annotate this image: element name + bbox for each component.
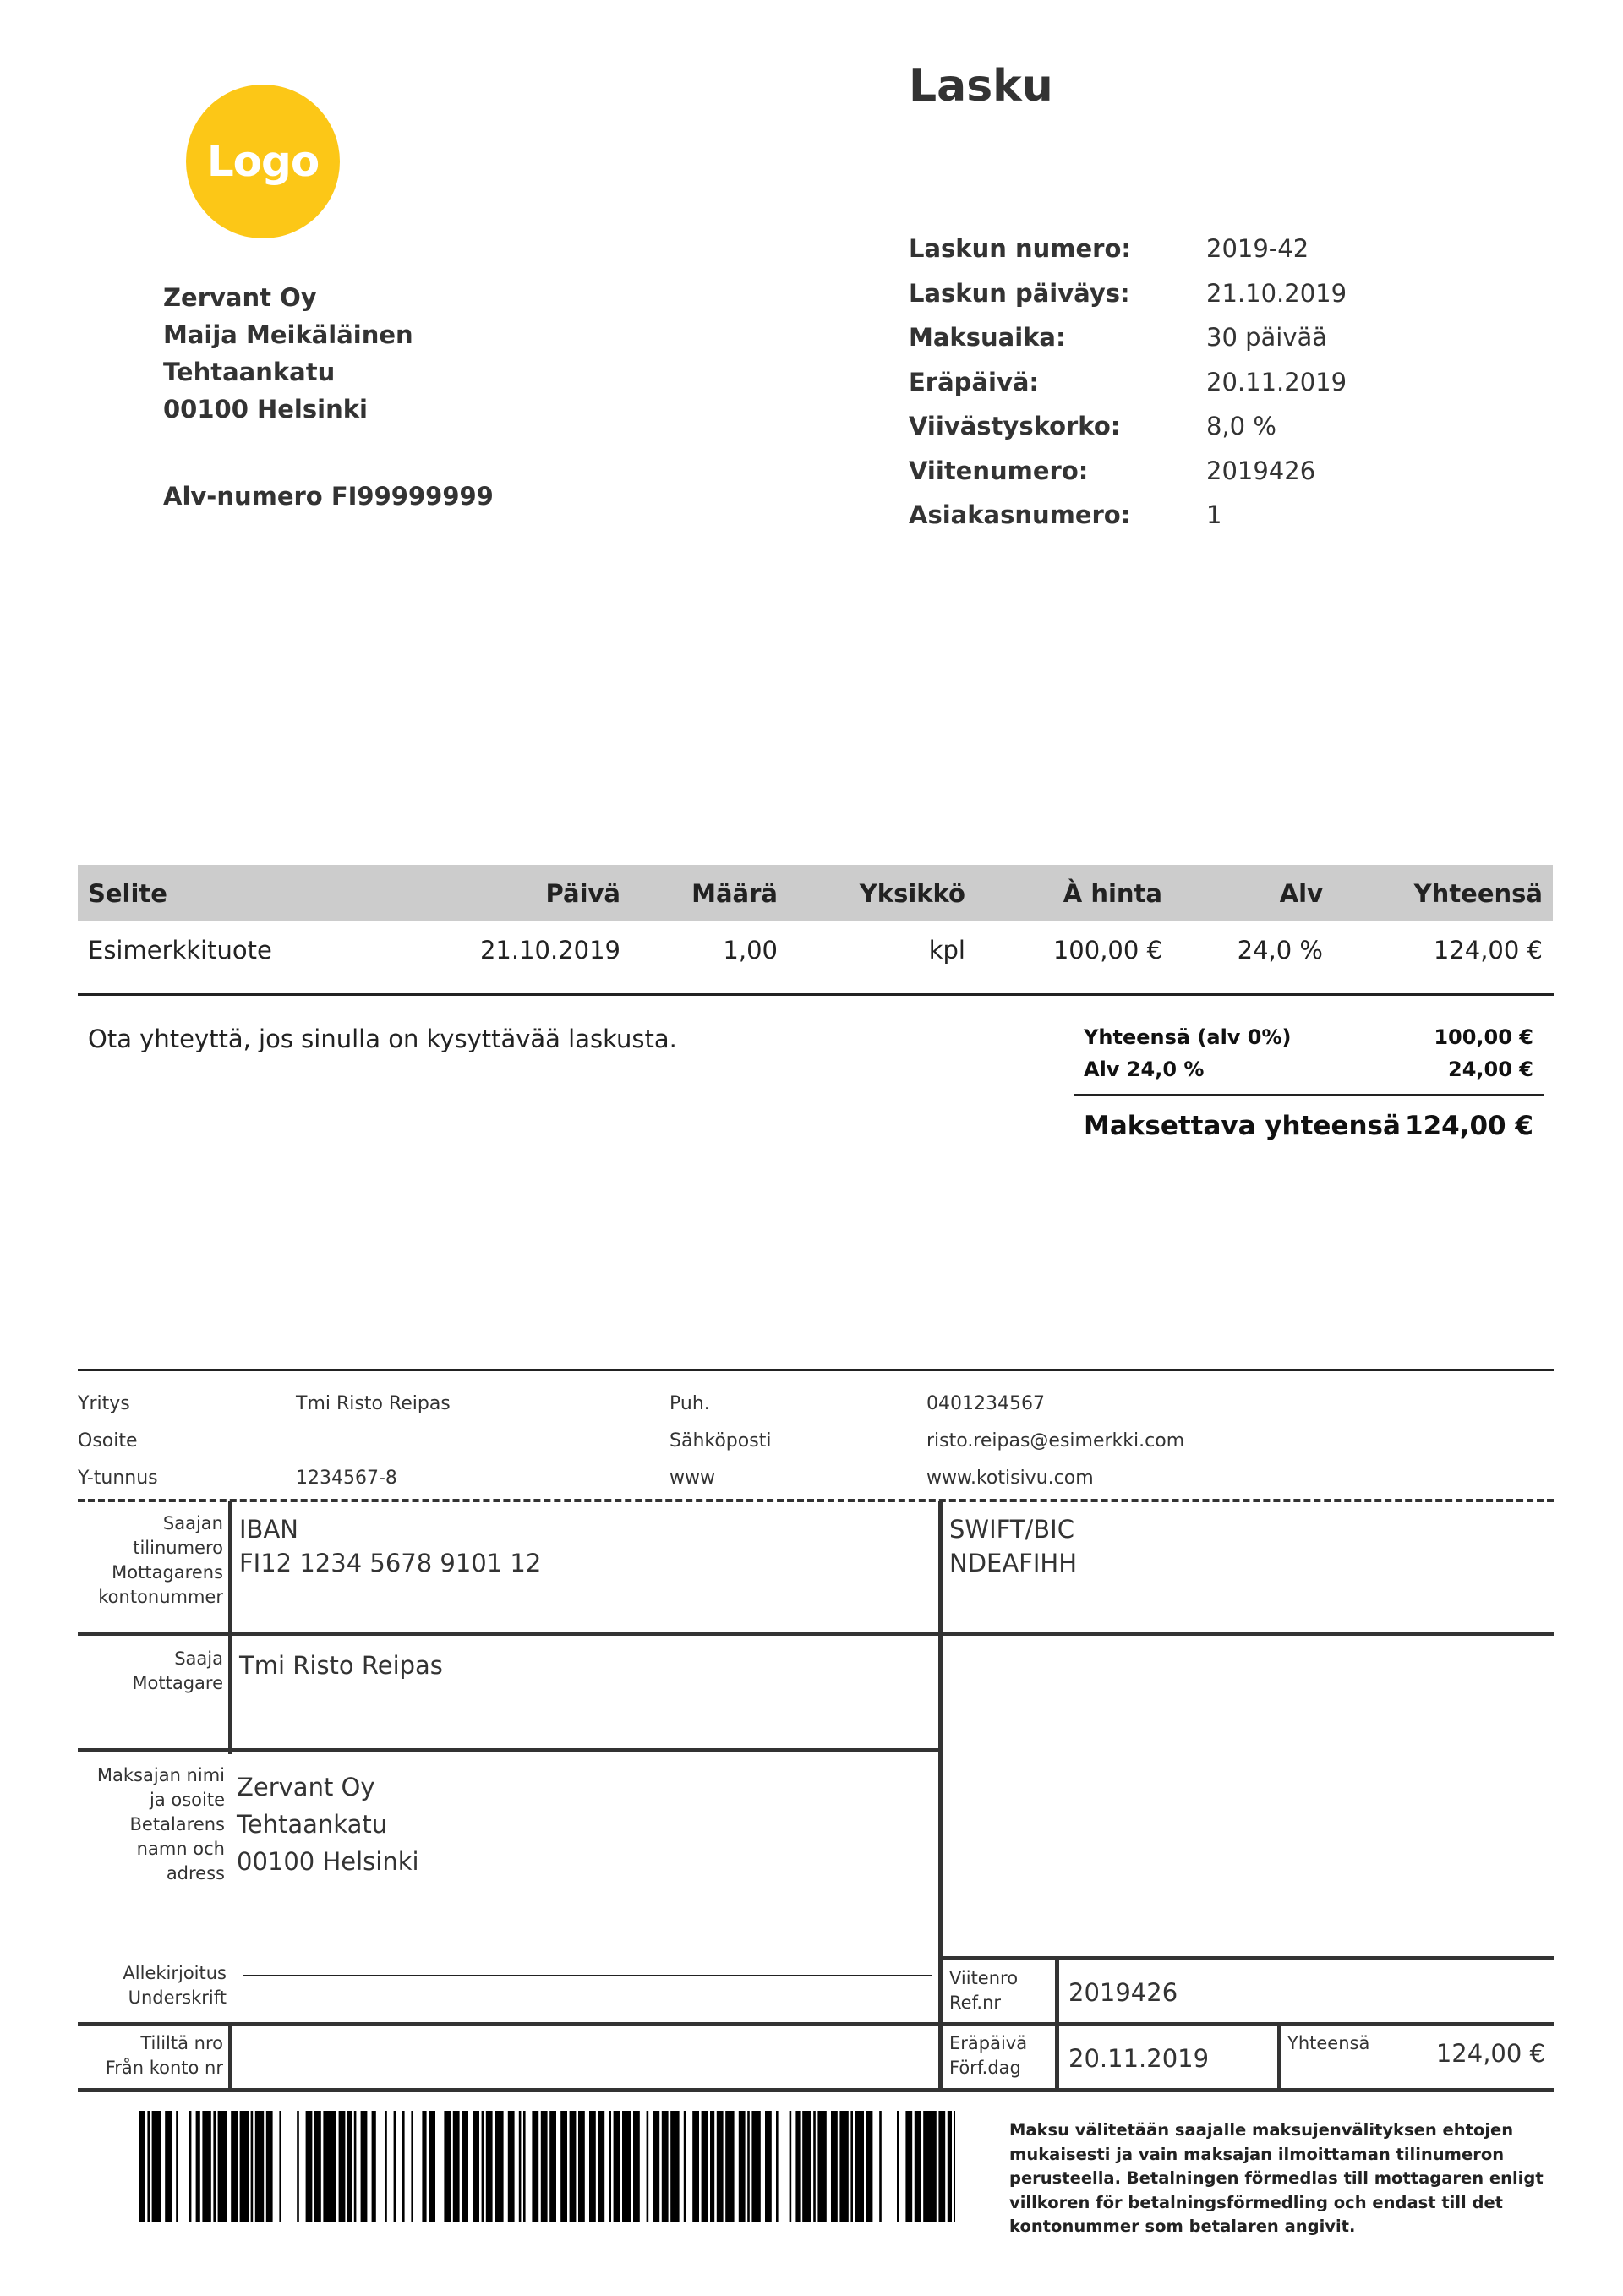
from-account-label: Tililtä nro Från konto nr [78,2031,223,2080]
invoice-meta: Laskun numero:2019-42 Laskun päiväys:21.… [909,227,1347,538]
col-header-unit-price: À hinta [975,865,1172,921]
label-line: Tililtä nro [78,2031,223,2056]
email-label: Sähköposti [669,1430,771,1451]
vat-row: Alv 24,0 %24,00 € [1084,1053,1544,1085]
vat-number: Alv-numero FI99999999 [163,482,494,511]
meta-due-date: Eräpäivä:20.11.2019 [909,360,1347,405]
col-header-unit: Yksikkö [788,865,975,921]
col-header-quantity: Määrä [631,865,788,921]
iban-label: IBAN [239,1515,298,1544]
payer-label: Maksajan nimi ja osoite Betalarens namn … [78,1763,225,1886]
sender-city: 00100 Helsinki [163,391,413,428]
meta-label: Laskun päiväys: [909,271,1206,316]
payment-barcode [139,2111,955,2222]
meta-customer-number: Asiakasnumero:1 [909,493,1347,538]
label-line: Maksajan nimi [78,1763,225,1788]
subtotal-label: Yhteensä (alv 0%) [1084,1025,1292,1049]
payer-city: 00100 Helsinki [237,1843,419,1880]
from-account-field[interactable] [234,2026,937,2087]
label-line: Ref.nr [949,1991,1018,2015]
reference-label: Viitenro Ref.nr [949,1966,1018,2015]
slip-line-2 [78,1748,943,1752]
meta-value: 21.10.2019 [1206,271,1347,316]
reference-value: 2019426 [1068,1978,1178,2007]
payer-street: Tehtaankatu [237,1806,419,1843]
vat-value: 24,00 € [1448,1058,1533,1081]
cell-date: 21.10.2019 [394,921,631,978]
meta-value: 8,0 % [1206,404,1276,449]
label-line: Mottagarens [78,1561,223,1585]
slip-line-5 [78,2088,1554,2092]
iban-value: FI12 1234 5678 9101 12 [239,1549,541,1577]
label-line: namn och [78,1837,225,1861]
meta-invoice-date: Laskun päiväys:21.10.2019 [909,271,1347,316]
address-label: Osoite [78,1430,138,1451]
slip-line-1 [78,1632,1554,1636]
recipient-value: Tmi Risto Reipas [239,1651,443,1680]
company-logo: Logo [186,85,340,238]
cell-description: Esimerkkituote [78,921,394,978]
recipient-label: Saaja Mottagare [78,1647,223,1696]
email-value[interactable]: risto.reipas@esimerkki.com [926,1430,1184,1451]
cell-total: 124,00 € [1333,921,1553,978]
label-line: Saajan [78,1512,223,1536]
table-divider [78,993,1554,996]
slip-total-divider [1277,2022,1281,2092]
meta-label: Asiakasnumero: [909,493,1206,538]
col-header-description: Selite [78,865,394,921]
meta-reference: Viitenumero:2019426 [909,449,1347,494]
meta-value: 2019-42 [1206,227,1309,271]
label-line: Viitenro [949,1966,1018,1991]
due-date-label: Eräpäivä Förf.dag [949,2031,1027,2080]
footer-divider [78,1369,1554,1371]
invoice-title: Lasku [909,61,1053,112]
phone-value: 0401234567 [926,1393,1045,1414]
meta-label: Viitenumero: [909,449,1206,494]
signature-line[interactable] [243,1975,932,1976]
company-value: Tmi Risto Reipas [296,1393,451,1414]
sender-address: Zervant Oy Maija Meikäläinen Tehtaankatu… [163,279,413,428]
meta-value: 1 [1206,493,1221,538]
meta-value: 2019426 [1206,449,1315,494]
contact-note: Ota yhteyttä, jos sinulla on kysyttävää … [88,1025,677,1053]
col-header-total: Yhteensä [1333,865,1553,921]
vat-label: Alv 24,0 % [1084,1058,1204,1081]
meta-label: Viivästyskorko: [909,404,1206,449]
label-line: Förf.dag [949,2056,1027,2080]
meta-label: Maksuaika: [909,315,1206,360]
label-line: ja osoite [78,1788,225,1812]
table-row: Esimerkkituote 21.10.2019 1,00 kpl 100,0… [78,921,1553,978]
company-label: Yritys [78,1393,130,1414]
sender-contact: Maija Meikäläinen [163,316,413,353]
slip-line-3 [938,1956,1554,1960]
signature-label: Allekirjoitus Underskrift [78,1961,227,2010]
sender-company: Zervant Oy [163,279,413,316]
meta-value: 20.11.2019 [1206,360,1347,405]
label-line: Allekirjoitus [78,1961,227,1986]
meta-payment-term: Maksuaika:30 päivää [909,315,1347,360]
label-line: adress [78,1861,225,1886]
payer-name: Zervant Oy [237,1768,419,1806]
swift-label: SWIFT/BIC [949,1515,1074,1544]
slip-from-account-divider [228,2022,232,2092]
sender-street: Tehtaankatu [163,353,413,391]
subtotal-row: Yhteensä (alv 0%)100,00 € [1084,1021,1544,1053]
totals-summary: Yhteensä (alv 0%)100,00 € Alv 24,0 %24,0… [1084,1021,1544,1147]
table-header-row: Selite Päivä Määrä Yksikkö À hinta Alv Y… [78,865,1553,921]
col-header-date: Päivä [394,865,631,921]
slip-main-divider [938,1501,943,2092]
grand-total-row: Maksettava yhteensä124,00 € [1084,1105,1544,1147]
label-line: Eräpäivä [949,2031,1027,2056]
cut-line [78,1499,1554,1502]
cell-vat: 24,0 % [1172,921,1333,978]
meta-invoice-number: Laskun numero:2019-42 [909,227,1347,271]
meta-label: Laskun numero: [909,227,1206,271]
grand-total-label: Maksettava yhteensä [1084,1111,1401,1141]
label-line: Underskrift [78,1986,227,2010]
label-line: kontonummer [78,1585,223,1610]
cell-quantity: 1,00 [631,921,788,978]
cell-unit-price: 100,00 € [975,921,1172,978]
meta-value: 30 päivää [1206,315,1327,360]
label-line: Mottagare [78,1671,223,1696]
payment-terms-text: Maksu välitetään saajalle maksujenvälity… [1009,2118,1559,2239]
subtotal-value: 100,00 € [1434,1025,1533,1049]
payer-address: Zervant Oy Tehtaankatu 00100 Helsinki [237,1768,419,1880]
www-value[interactable]: www.kotisivu.com [926,1468,1094,1489]
slip-label-divider-top [228,1501,232,1754]
label-line: Saaja [78,1647,223,1671]
business-id-label: Y-tunnus [78,1468,158,1489]
invoice-items-table: Selite Päivä Määrä Yksikkö À hinta Alv Y… [78,865,1553,978]
slip-ref-divider [1055,1956,1059,2092]
www-label: www [669,1468,715,1489]
col-header-vat: Alv [1172,865,1333,921]
meta-label: Eräpäivä: [909,360,1206,405]
recipient-account-label: Saajan tilinumero Mottagarens kontonumme… [78,1512,223,1610]
swift-value: NDEAFIHH [949,1549,1077,1577]
business-id-value: 1234567-8 [296,1468,397,1489]
phone-label: Puh. [669,1393,710,1414]
slip-total-value: 124,00 € [1319,2039,1545,2068]
summary-divider [1074,1094,1544,1096]
grand-total-value: 124,00 € [1405,1111,1533,1141]
label-line: Betalarens [78,1812,225,1837]
due-date-value: 20.11.2019 [1068,2044,1209,2073]
meta-late-interest: Viivästyskorko:8,0 % [909,404,1347,449]
label-line: Från konto nr [78,2056,223,2080]
label-line: tilinumero [78,1536,223,1561]
cell-unit: kpl [788,921,975,978]
